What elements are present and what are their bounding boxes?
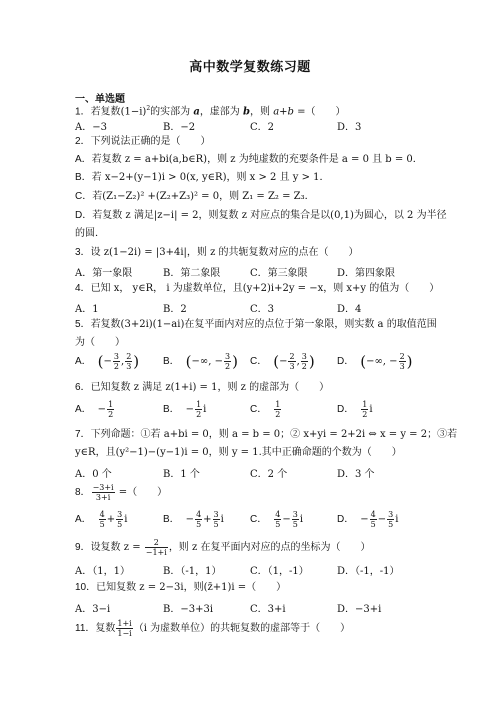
option-a[interactable]: A．−3 [75, 118, 107, 133]
option-c[interactable]: C．(−23,32) [250, 352, 315, 371]
question-3: 3．设 z(1−2i) = |3+4i|，则 z 的共轭复数对应的点在（ ） [75, 246, 430, 259]
option-a[interactable]: A．第一象限 [75, 264, 132, 279]
option-c[interactable]: C．3 [250, 300, 274, 315]
question-4-options: A．1 B．2 C．3 D．4 [75, 300, 435, 314]
question-5-options: A．(−32,23) B．(−∞, −32) C．(−23,32) D．(−∞,… [75, 352, 435, 374]
option-d[interactable]: D．4 [337, 300, 361, 315]
question-11: 11．复数1+i1−i（i 为虚数单位）的共轭复数的虚部等于（ ） [75, 619, 430, 641]
question-2-option-c[interactable]: C．若(Z₁−Z₂)² +(Z₂+Z₃)² = 0，则 Z₁ = Z₂ = Z₃… [75, 190, 430, 203]
option-b[interactable]: B．−2 [163, 118, 195, 133]
option-b[interactable]: B．−45+35i [163, 510, 224, 529]
option-c[interactable]: C．3+i [250, 600, 286, 615]
question-10: 10．已知复数 z = 2−3i，则(z̄+1)i =（ ） [75, 581, 430, 594]
option-a[interactable]: A．−12 [75, 400, 115, 419]
question-5: 5．若复数(3+2i)(1−ai)在复平面内对应的点位于第一象限，则实数 a 的… [75, 318, 430, 331]
option-d[interactable]: D．12i [337, 400, 373, 419]
option-d[interactable]: D．（-1，-1） [337, 562, 400, 577]
question-9: 9．设复数 z = 2−1+i，则 z 在复平面内对应的点的坐标为（ ） [75, 538, 430, 560]
option-a[interactable]: A．0 个 [75, 465, 112, 480]
option-b[interactable]: B．第二象限 [163, 264, 220, 279]
question-2-option-b[interactable]: B．若 x−2+(y−1)i > 0(x, y∈R)，则 x > 2 且 y >… [75, 171, 430, 184]
option-c[interactable]: C．2 [250, 118, 274, 133]
option-c[interactable]: C．（1，-1） [250, 562, 309, 577]
option-d[interactable]: D．−3+i [337, 600, 381, 615]
option-a[interactable]: A．3−i [75, 600, 110, 615]
question-2-option-a[interactable]: A．若复数 z = a+bi(a,b∈R)，则 z 为纯虚数的充要条件是 a =… [75, 153, 430, 166]
option-a[interactable]: A．(−32,23) [75, 352, 139, 371]
question-7-cont: y∈R，且(y²−1)−(y−1)i = 0，则 y = 1.其中正确命题的个数… [75, 446, 430, 459]
question-4: 4．已知 x， y∈R， i 为虚数单位，且(y+2)i+2y = −x，则 x… [75, 282, 430, 295]
question-1: 1．若复数(1−i)2的实部为 a，虚部为 b，则 a+b =（ ） [75, 102, 430, 118]
option-b[interactable]: B．(−∞, −32) [163, 352, 238, 371]
option-c[interactable]: C．第三象限 [250, 264, 308, 279]
option-b[interactable]: B．1 个 [163, 465, 200, 480]
document-page: 高中数学复数练习题 一、单选题 1．若复数(1−i)2的实部为 a，虚部为 b，… [0, 0, 500, 707]
question-2: 2．下列说法正确的是（ ） [75, 135, 430, 148]
option-d[interactable]: D．3 个 [337, 465, 375, 480]
question-9-options: A．（1，1） B．（-1，1） C．（1，-1） D．（-1，-1） [75, 562, 435, 576]
option-d[interactable]: D．3 [337, 118, 361, 133]
question-3-options: A．第一象限 B．第二象限 C．第三象限 D．第四象限 [75, 264, 435, 278]
option-d[interactable]: D．−45−35i [337, 510, 398, 529]
question-10-options: A．3−i B．−3+3i C．3+i D．−3+i [75, 600, 435, 614]
option-a[interactable]: A．45+35i [75, 510, 127, 529]
question-6-options: A．−12 B．−12i C．12 D．12i [75, 400, 435, 422]
question-2-option-d[interactable]: D．若复数 z 满足|z−i| = 2，则复数 z 对应点的集合是以(0,1)为… [75, 209, 430, 222]
option-b[interactable]: B．（-1，1） [163, 562, 221, 577]
option-b[interactable]: B．−12i [163, 400, 206, 419]
question-8-options: A．45+35i B．−45+35i C．45−35i D．−45−35i [75, 510, 435, 532]
option-a[interactable]: A．1 [75, 300, 99, 315]
option-b[interactable]: B．2 [163, 300, 187, 315]
question-1-options: A．−3 B．−2 C．2 D．3 [75, 118, 435, 132]
option-c[interactable]: C．12 [250, 400, 282, 419]
question-8: 8．−3+i3+i =（ ） [75, 483, 430, 505]
option-d[interactable]: D．第四象限 [337, 264, 395, 279]
option-c[interactable]: C．2 个 [250, 465, 287, 480]
option-b[interactable]: B．−3+3i [163, 600, 213, 615]
option-a[interactable]: A．（1，1） [75, 562, 130, 577]
question-5-cont: 为（ ） [75, 336, 430, 349]
question-2-option-d-cont: 的圆． [75, 227, 430, 240]
question-6: 6．已知复数 z 满足 z(1+i) = 1，则 z 的虚部为（ ） [75, 381, 430, 394]
option-d[interactable]: D．(−∞, −23) [337, 352, 413, 371]
question-7: 7．下列命题：①若 a+bi = 0，则 a = b = 0；② x+yi = … [75, 428, 430, 441]
option-c[interactable]: C．45−35i [250, 510, 303, 529]
question-7-options: A．0 个 B．1 个 C．2 个 D．3 个 [75, 465, 435, 479]
page-title: 高中数学复数练习题 [0, 56, 500, 75]
